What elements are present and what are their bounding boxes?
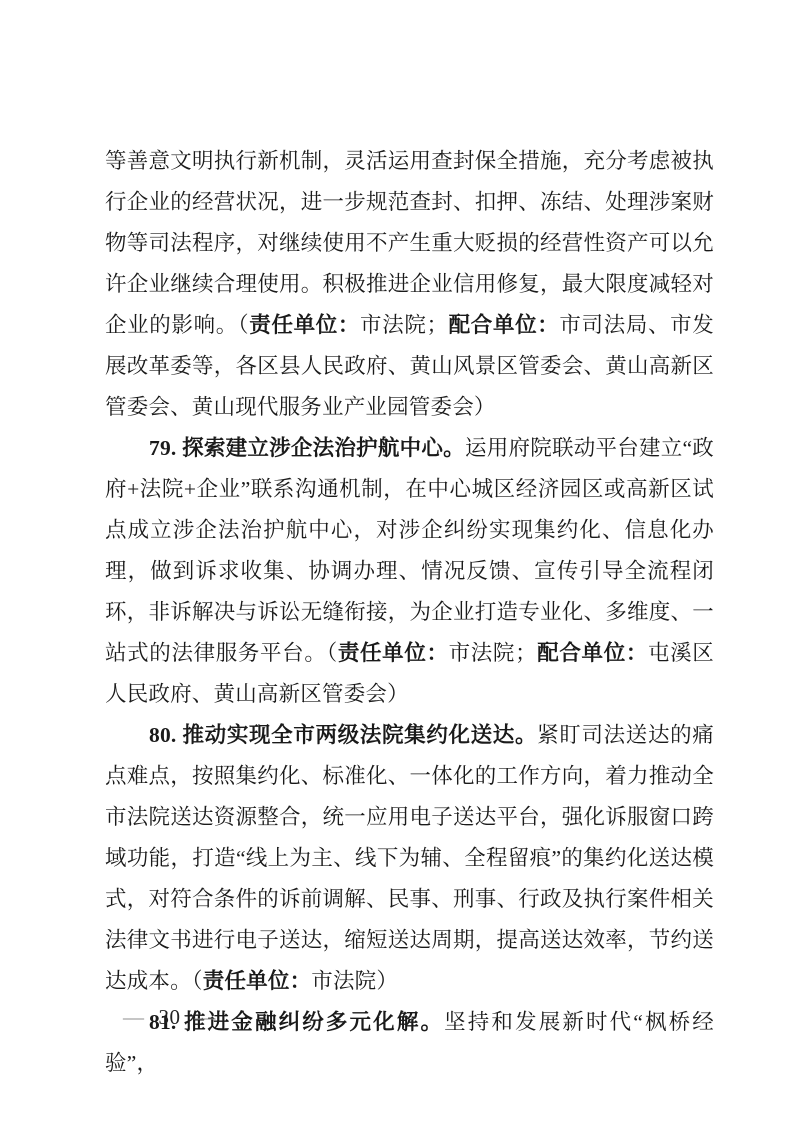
- body-text-segment: 市法院；: [360, 313, 448, 337]
- footer-dash-left: —: [123, 1005, 145, 1029]
- body-text-segment: 运用府院联动平台建立“政府+法院+企业”联系沟通机制，在中心城区经济园区或高新区…: [105, 436, 714, 665]
- responsible-unit-label: 责任单位：: [203, 969, 312, 993]
- responsible-unit-label: 责任单位：: [249, 313, 360, 337]
- item-79-title: 79. 探索建立涉企法治护航中心。: [149, 436, 465, 460]
- cooperating-unit-label: 配合单位：: [448, 313, 559, 337]
- cooperating-unit-label: 配合单位：: [537, 641, 648, 665]
- footer-dash-right: —: [195, 1005, 217, 1029]
- body-text-segment: 市法院）: [311, 969, 398, 993]
- page-number: 30: [159, 1002, 181, 1032]
- body-text-segment: 紧盯司法送达的痛点难点，按照集约化、标准化、一体化的工作方向，着力推动全市法院送…: [105, 723, 714, 993]
- document-page: 等善意文明执行新机制，灵活运用查封保全措施，充分考虑被执行企业的经营状况，进一步…: [0, 0, 793, 1122]
- body-text-segment: 等善意文明执行新机制，灵活运用查封保全措施，充分考虑被执行企业的经营状况，进一步…: [105, 149, 714, 337]
- item-80-title: 80. 推动实现全市两级法院集约化送达。: [149, 723, 537, 747]
- document-body: 等善意文明执行新机制，灵活运用查封保全措施，充分考虑被执行企业的经营状况，进一步…: [105, 141, 714, 1084]
- paragraph-item-80: 80. 推动实现全市两级法院集约化送达。紧盯司法送达的痛点难点，按照集约化、标准…: [105, 715, 714, 1002]
- paragraph-continuation: 等善意文明执行新机制，灵活运用查封保全措施，充分考虑被执行企业的经营状况，进一步…: [105, 141, 714, 428]
- page-footer: —30—: [123, 1002, 216, 1032]
- body-text-segment: 市法院；: [449, 641, 537, 665]
- responsible-unit-label: 责任单位：: [338, 641, 449, 665]
- paragraph-item-79: 79. 探索建立涉企法治护航中心。运用府院联动平台建立“政府+法院+企业”联系沟…: [105, 428, 714, 715]
